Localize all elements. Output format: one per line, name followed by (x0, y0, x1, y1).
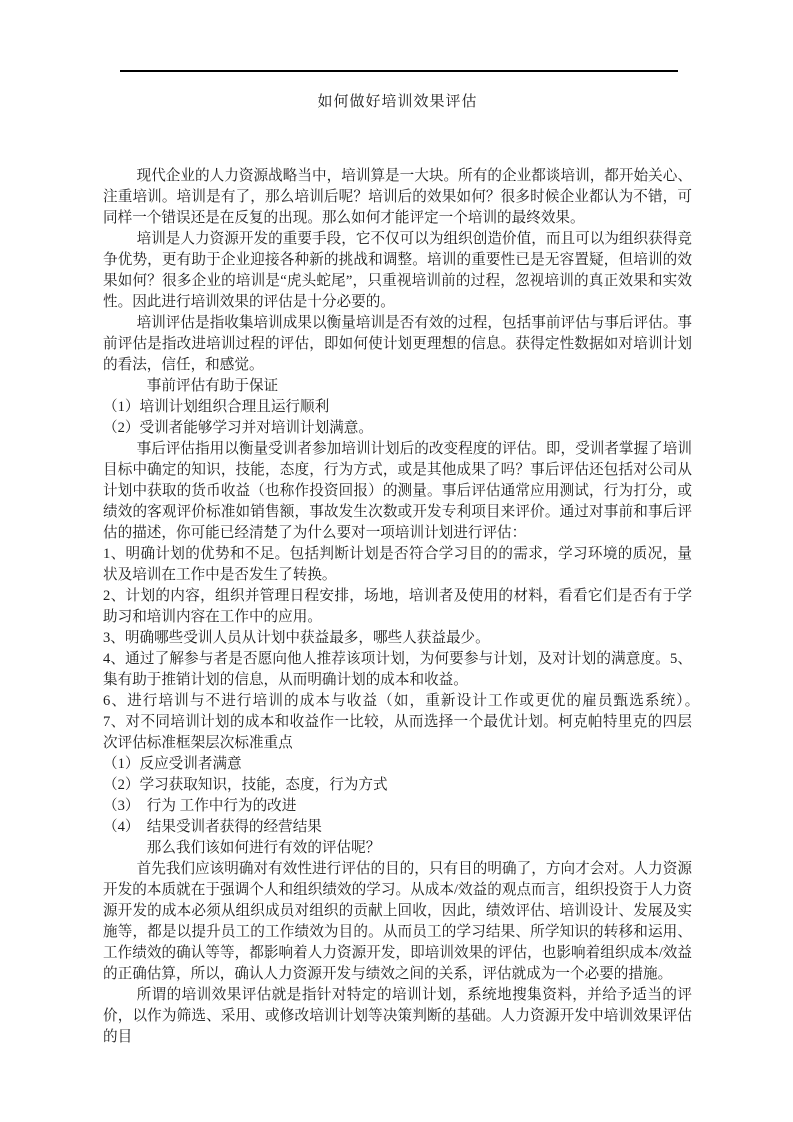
numbered-item-4-5: 4、通过了解参与者是否愿向他人推荐该项计划，为何要参与计划，及对计划的满意度。5… (103, 649, 692, 691)
paragraph-definition: 所谓的培训效果评估就是指针对特定的培训计划，系统地搜集资料，并给予适当的评价，以… (103, 985, 692, 1048)
list-item-pre-1: （1）培训计划组织合理且运行顺利 (103, 397, 692, 418)
list-item-level-3: （3） 行为 工作中行为的改进 (103, 796, 692, 817)
numbered-item-3: 3、明确哪些受训人员从计划中获益最多，哪些人获益最少。 (103, 628, 692, 649)
paragraph-training-value: 培训是人力资源开发的重要手段，它不仅可以为组织创造价值，而且可以为组织获得竞争优… (103, 229, 692, 313)
list-item-level-2: （2）学习获取知识，技能，态度，行为方式 (103, 775, 692, 796)
list-item-level-1: （1）反应受训者满意 (103, 754, 692, 775)
paragraph-evaluation-def: 培训评估是指收集培训成果以衡量培训是否有效的过程，包括事前评估与事后评估。事前评… (103, 313, 692, 376)
list-item-pre-2: （2）受训者能够学习并对培训计划满意。 (103, 418, 692, 439)
paragraph-pre-eval-heading: 事前评估有助于保证 (103, 376, 692, 397)
paragraph-post-eval: 事后评估指用以衡量受训者参加培训计划后的改变程度的评估。即，受训者掌握了培训目标… (103, 439, 692, 544)
paragraph-intro: 现代企业的人力资源战略当中，培训算是一大块。所有的企业都谈培训，都开始关心、注重… (103, 166, 692, 229)
list-item-level-4: （4） 结果受训者获得的经营结果 (103, 817, 692, 838)
paragraph-purpose: 首先我们应该明确对有效性进行评估的目的，只有目的明确了，方向才会对。人力资源开发… (103, 859, 692, 985)
numbered-item-1: 1、明确计划的优势和不足。包括判断计划是否符合学习目的的需求，学习环境的质况，量… (103, 544, 692, 586)
paragraph-question: 那么我们该如何进行有效的评估呢？ (103, 838, 692, 859)
header-rule (120, 70, 678, 72)
document-title: 如何做好培训效果评估 (103, 92, 692, 113)
document-body: 如何做好培训效果评估 现代企业的人力资源战略当中，培训算是一大块。所有的企业都谈… (103, 92, 692, 1048)
numbered-item-6-7: 6、进行培训与不进行培训的成本与收益（如，重新设计工作或更优的雇员甄选系统）。 … (103, 691, 692, 754)
document-page: 如何做好培训效果评估 现代企业的人力资源战略当中，培训算是一大块。所有的企业都谈… (0, 0, 793, 1122)
numbered-item-2: 2、计划的内容，组织并管理日程安排，场地，培训者及使用的材料，看看它们是否有于学… (103, 586, 692, 628)
